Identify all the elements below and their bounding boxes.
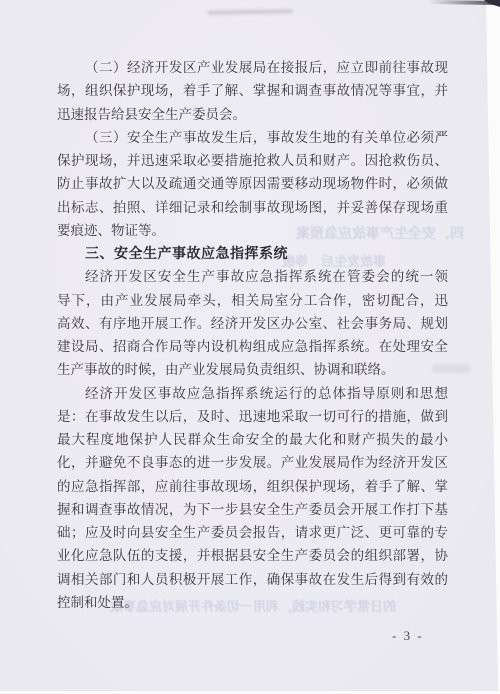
text-line: 控制和处置。	[57, 591, 448, 614]
text-line: 经济开发区事故应急指挥系统运行的总体指导原则和思想	[57, 382, 448, 405]
text-line: 握和调查事故情况，为下一步县安全生产委员会开展工作打下基	[57, 498, 448, 521]
paper-background: 四、安全生产事故应急预案事故发生后 等级的日常学习和实践，利用一切条件开展对应急…	[0, 0, 500, 694]
text-line: 出标志、拍照、详细记录和绘制事故现场图，并妥善保存现场重	[57, 196, 448, 219]
text-line: 高效、有序地开展工作。经济开发区办公室、社会事务局、规划	[57, 312, 448, 335]
text-line: （三）安全生产事故发生后，事故发生地的有关单位必须严格	[57, 126, 448, 149]
text-line: 保护现场，并迅速采取必要措施抢救人员和财产。因抢救伤员、	[57, 149, 448, 172]
text-line: 防止事故扩大以及疏通交通等原因需要移动现场物件时，必须做	[57, 172, 448, 195]
text-line: 要痕迹、物证等。	[57, 219, 448, 242]
text-line: 最大程度地保护人民群众生命安全的最大化和财产损失的最小	[57, 428, 448, 451]
text-line: 的应急指挥部，应前往事故现场，组织保护现场，着手了解、掌	[57, 475, 448, 498]
text-line: 是：在事故发生以后，及时、迅速地采取一切可行的措施，做到	[57, 405, 448, 428]
text-line: （二）经济开发区产业发展局在接报后，应立即前往事故现	[57, 56, 448, 79]
text-line: 建设局、招商合作局等内设机构组成应急指挥系统。在处理安全	[57, 335, 448, 358]
text-line: 调相关部门和人员积极开展工作，确保事故在发生后得到有效的	[57, 568, 448, 591]
document-text-block: （二）经济开发区产业发展局在接报后，应立即前往事故现场，组织保护现场，着手了解、…	[57, 56, 448, 614]
text-line: 业化应急队伍的支援，并根据县安全生产委员会的组织部署，协	[57, 544, 448, 567]
text-line: 化，并避免不良事态的进一步发展。产业发展局作为经济开发区	[57, 451, 448, 474]
scan-smudge	[207, 9, 293, 15]
page-number: - 3 -	[392, 628, 424, 644]
section-heading: 三、安全生产事故应急指挥系统	[57, 242, 448, 265]
text-line: 础；应及时向县安全生产委员会报告，请求更广泛、更可靠的专	[57, 521, 448, 544]
text-line: 迅速报告给县安全生产委员会。	[57, 103, 448, 126]
text-line: 场，组织保护现场，着手了解、掌握和调查事故情况等事宜，并	[57, 79, 448, 102]
text-line: 经济开发区安全生产事故应急指挥系统在管委会的统一领	[57, 265, 448, 288]
scanned-document-screenshot: { "page": { "bg_color": "#edebf2", "ink_…	[0, 0, 500, 694]
text-line: 生产事故的时候，由产业发展局负责组织、协调和联络。	[57, 358, 448, 381]
text-line: 导下，由产业发展局牵头，相关局室分工合作，密切配合，迅速、	[57, 289, 448, 312]
